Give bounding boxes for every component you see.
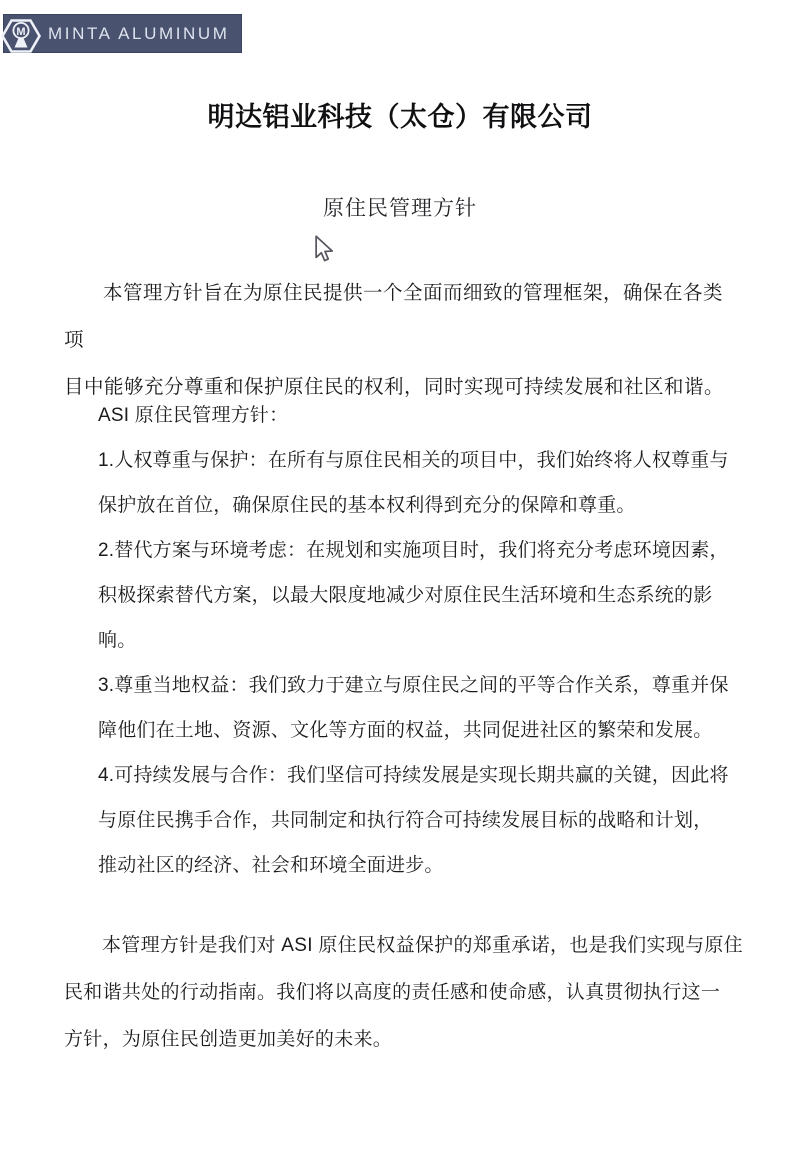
- document-title: 原住民管理方针: [0, 194, 800, 222]
- hexagon-m-icon: M: [1, 16, 41, 56]
- intro-paragraph: 本管理方针旨在为原住民提供一个全面而细致的管理框架，确保在各类项 目中能够充分尊…: [64, 270, 740, 411]
- policy-item-3: 3.尊重当地权益：我们致力于建立与原住民之间的平等合作关系，尊重并保 障他们在土…: [98, 663, 750, 753]
- company-title: 明达铝业科技（太仓）有限公司: [0, 101, 800, 133]
- company-logo: M MINTA ALUMINUM: [3, 14, 242, 53]
- mouse-cursor-icon: [314, 235, 336, 265]
- policy-section: ASI 原住民管理方针： 1.人权尊重与保护：在所有与原住民相关的项目中，我们始…: [98, 393, 750, 888]
- policy-item-2: 2.替代方案与环境考虑：在规划和实施项目时，我们将充分考虑环境因素， 积极探索替…: [98, 528, 750, 663]
- policy-item-1: 1.人权尊重与保护：在所有与原住民相关的项目中，我们始终将人权尊重与 保护放在首…: [98, 438, 750, 528]
- svg-text:M: M: [16, 26, 25, 38]
- document-page: M MINTA ALUMINUM 明达铝业科技（太仓）有限公司 原住民管理方针 …: [0, 0, 800, 1165]
- logo-brand-text: MINTA ALUMINUM: [48, 15, 230, 52]
- policy-item-4: 4.可持续发展与合作：我们坚信可持续发展是实现长期共赢的关键，因此将 与原住民携…: [98, 753, 750, 888]
- policy-heading: ASI 原住民管理方针：: [98, 393, 750, 438]
- closing-paragraph: 本管理方针是我们对 ASI 原住民权益保护的郑重承诺，也是我们实现与原住 民和谐…: [64, 922, 746, 1063]
